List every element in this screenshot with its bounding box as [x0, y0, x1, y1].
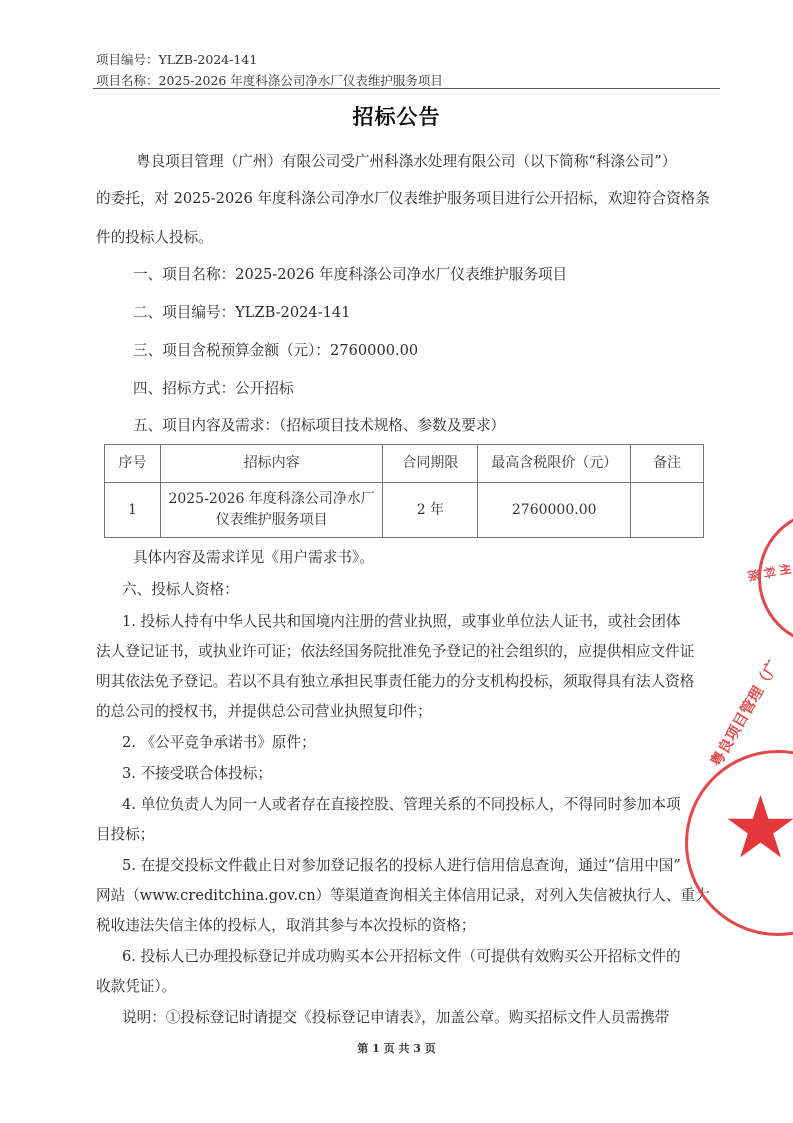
- qual-item-4-line-1: 4. 单位负责人为同一人或者存在直接控股、管理关系的不同投标人，不得同时参加本项: [122, 793, 681, 814]
- cell-remark: [631, 483, 704, 538]
- header-project-number: 项目编号：YLZB-2024-141: [96, 50, 257, 68]
- section-content-requirements: 五、项目内容及需求：（招标项目技术规格、参数及要求）: [133, 414, 505, 435]
- intro-line-3: 件的投标人投标。: [96, 226, 213, 247]
- section-project-name: 一、项目名称：2025-2026 年度科涤公司净水厂仪表维护服务项目: [133, 263, 567, 284]
- col-header-content: 招标内容: [160, 445, 383, 483]
- table-row: 1 2025-2026 年度科涤公司净水厂 仪表维护服务项目 2 年 27600…: [105, 483, 704, 538]
- col-header-max-price: 最高含税限价（元）: [478, 445, 631, 483]
- qual-item-6-line-1: 6. 投标人已办理投标登记并成功购买本公开招标文件（可提供有效购买公开招标文件的: [122, 945, 681, 966]
- cell-max-price: 2760000.00: [478, 483, 631, 538]
- intro-line-2: 的委托，对 2025-2026 年度科涤公司净水厂仪表维护服务项目进行公开招标，…: [96, 187, 710, 208]
- qual-item-6-line-2: 收款凭证）。: [96, 975, 176, 996]
- table-note: 具体内容及需求详见《用户需求书》。: [133, 546, 374, 567]
- cell-term: 2 年: [383, 483, 478, 538]
- qual-item-5-line-1: 5. 在提交投标文件截止日对参加登记报名的投标人进行信用信息查询，通过“信用中国…: [122, 854, 681, 875]
- section-bid-method: 四、招标方式：公开招标: [133, 377, 294, 398]
- page-footer: 第 1 页 共 3 页: [0, 1040, 793, 1056]
- col-header-no: 序号: [105, 445, 161, 483]
- header-project-name: 项目名称：2025-2026 年度科涤公司净水厂仪表维护服务项目: [96, 71, 443, 89]
- qual-item-4-line-2: 目投标；: [96, 823, 154, 844]
- page-title: 招标公告: [0, 101, 793, 131]
- bid-items-table: 序号 招标内容 合同期限 最高含税限价（元） 备注 1 2025-2026 年度…: [104, 444, 704, 538]
- qual-item-1-line-3: 明其依法免予登记。若以不具有独立承担民事责任能力的分支机构投标，须取得具有法人资…: [96, 670, 694, 691]
- seal-star-icon: ★: [722, 785, 793, 871]
- cell-content: 2025-2026 年度科涤公司净水厂 仪表维护服务项目: [160, 483, 383, 538]
- col-header-remark: 备注: [631, 445, 704, 483]
- table-header-row: 序号 招标内容 合同期限 最高含税限价（元） 备注: [105, 445, 704, 483]
- qual-item-1-line-1: 1. 投标人持有中华人民共和国境内注册的营业执照，或事业单位法人证书，或社会团体: [122, 610, 681, 631]
- qual-item-1-line-2: 法人登记证书，或执业许可证；依法经国务院批准免予登记的社会组织的，应提供相应文件…: [96, 640, 694, 661]
- qual-item-5-line-2: 网站（www.creditchina.gov.cn）等渠道查询相关主体信用记录，…: [96, 884, 710, 905]
- col-header-term: 合同期限: [383, 445, 478, 483]
- cell-content-line-2: 仪表维护服务项目: [163, 510, 381, 531]
- intro-line-1: 粤良项目管理（广州）有限公司受广州科涤水处理有限公司（以下简称“科涤公司”）: [136, 150, 676, 171]
- qual-item-3: 3. 不接受联合体投标；: [122, 762, 272, 783]
- section-budget: 三、项目含税预算金额（元）：2760000.00: [133, 339, 418, 360]
- cell-no: 1: [105, 483, 161, 538]
- cell-content-line-1: 2025-2026 年度科涤公司净水厂: [163, 489, 381, 510]
- note-line: 说明：①投标登记时请提交《投标登记申请表》，加盖公章。购买招标文件人员需携带: [122, 1006, 669, 1027]
- qual-item-1-line-4: 的总公司的授权书，并提供总公司营业执照复印件；: [96, 700, 432, 721]
- header-rule: [93, 88, 720, 89]
- section-project-number: 二、项目编号：YLZB-2024-141: [133, 301, 350, 322]
- qual-item-5-line-3: 税收违法失信主体的投标人，取消其参与本次投标的资格；: [96, 914, 475, 935]
- qual-item-2: 2. 《公平竞争承诺书》原件；: [122, 731, 316, 752]
- qualifications-heading: 六、投标人资格：: [122, 578, 239, 599]
